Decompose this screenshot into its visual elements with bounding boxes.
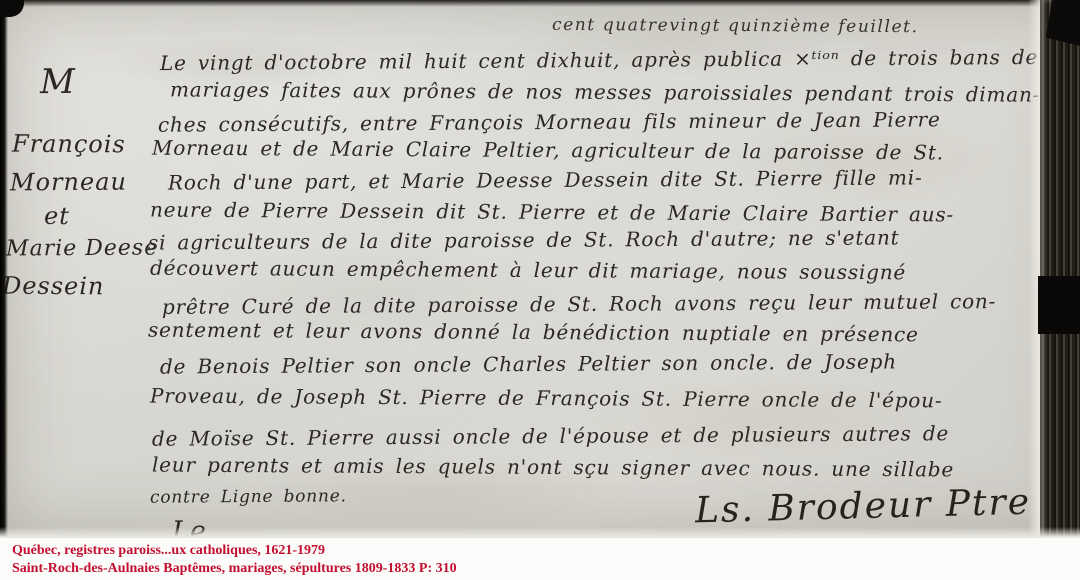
record-line: prêtre Curé de la dite paroisse de St. R… [162, 289, 996, 319]
scan-bottom-fade [0, 527, 1080, 537]
scan-corner-shadow [0, 0, 24, 17]
record-line: contre Ligne bonne. [150, 486, 347, 507]
record-line: leur parents et amis les quels n'ont sçu… [152, 453, 954, 482]
citation-volume: Saint-Roch-des-Aulnaies Baptêmes, mariag… [12, 560, 1080, 578]
margin-line: Morneau [10, 168, 127, 197]
record-line: si agriculteurs de la dite paroisse de S… [148, 225, 900, 254]
binding-shadow-top [1046, 0, 1080, 46]
priest-signature: Ls. Brodeur Ptre [695, 482, 1032, 532]
record-line: découvert aucun empêchement à leur dit m… [150, 256, 906, 285]
record-line: ches consécutifs, entre François Morneau… [158, 107, 941, 136]
record-line: Roch d'une part, et Marie Deesse Dessein… [168, 165, 923, 194]
margin-line: François [12, 130, 126, 159]
scan-edge-left [0, 0, 8, 537]
scan-edge-top [0, 0, 1080, 7]
record-line: sentement et leur avons donné la bénédic… [148, 318, 919, 347]
binding-shadow-mid [1038, 276, 1080, 334]
citation-collection: Québec, registres paroiss...ux catholiqu… [12, 542, 1080, 560]
margin-line: et [44, 202, 70, 230]
record-line: Le vingt d'octobre mil huit cent dixhuit… [160, 45, 1038, 75]
citation-bar: Québec, registres paroiss...ux catholiqu… [0, 537, 1080, 580]
record-line: de Moïse St. Pierre aussi oncle de l'épo… [152, 421, 949, 451]
page-edge-highlight [1028, 0, 1042, 537]
folio-note: cent quatrevingt quinzième feuillet. [552, 15, 919, 37]
record-viewer: cent quatrevingt quinzième feuillet. M F… [0, 0, 1080, 580]
margin-line: Dessein [2, 272, 105, 301]
margin-line: Marie Deese [6, 235, 158, 261]
book-page-edges [1040, 0, 1080, 537]
margin-line: M [40, 62, 76, 102]
document-scan[interactable]: cent quatrevingt quinzième feuillet. M F… [0, 0, 1080, 537]
record-line: mariages faites aux prônes de nos messes… [170, 77, 1040, 106]
record-line: neure de Pierre Dessein dit St. Pierre e… [150, 198, 954, 227]
record-line: Morneau et de Marie Claire Peltier, agri… [152, 136, 944, 165]
record-line: Proveau, de Joseph St. Pierre de Françoi… [150, 384, 943, 413]
record-line: de Benois Peltier son oncle Charles Pelt… [160, 349, 897, 378]
next-entry-partial: Le [172, 516, 206, 537]
